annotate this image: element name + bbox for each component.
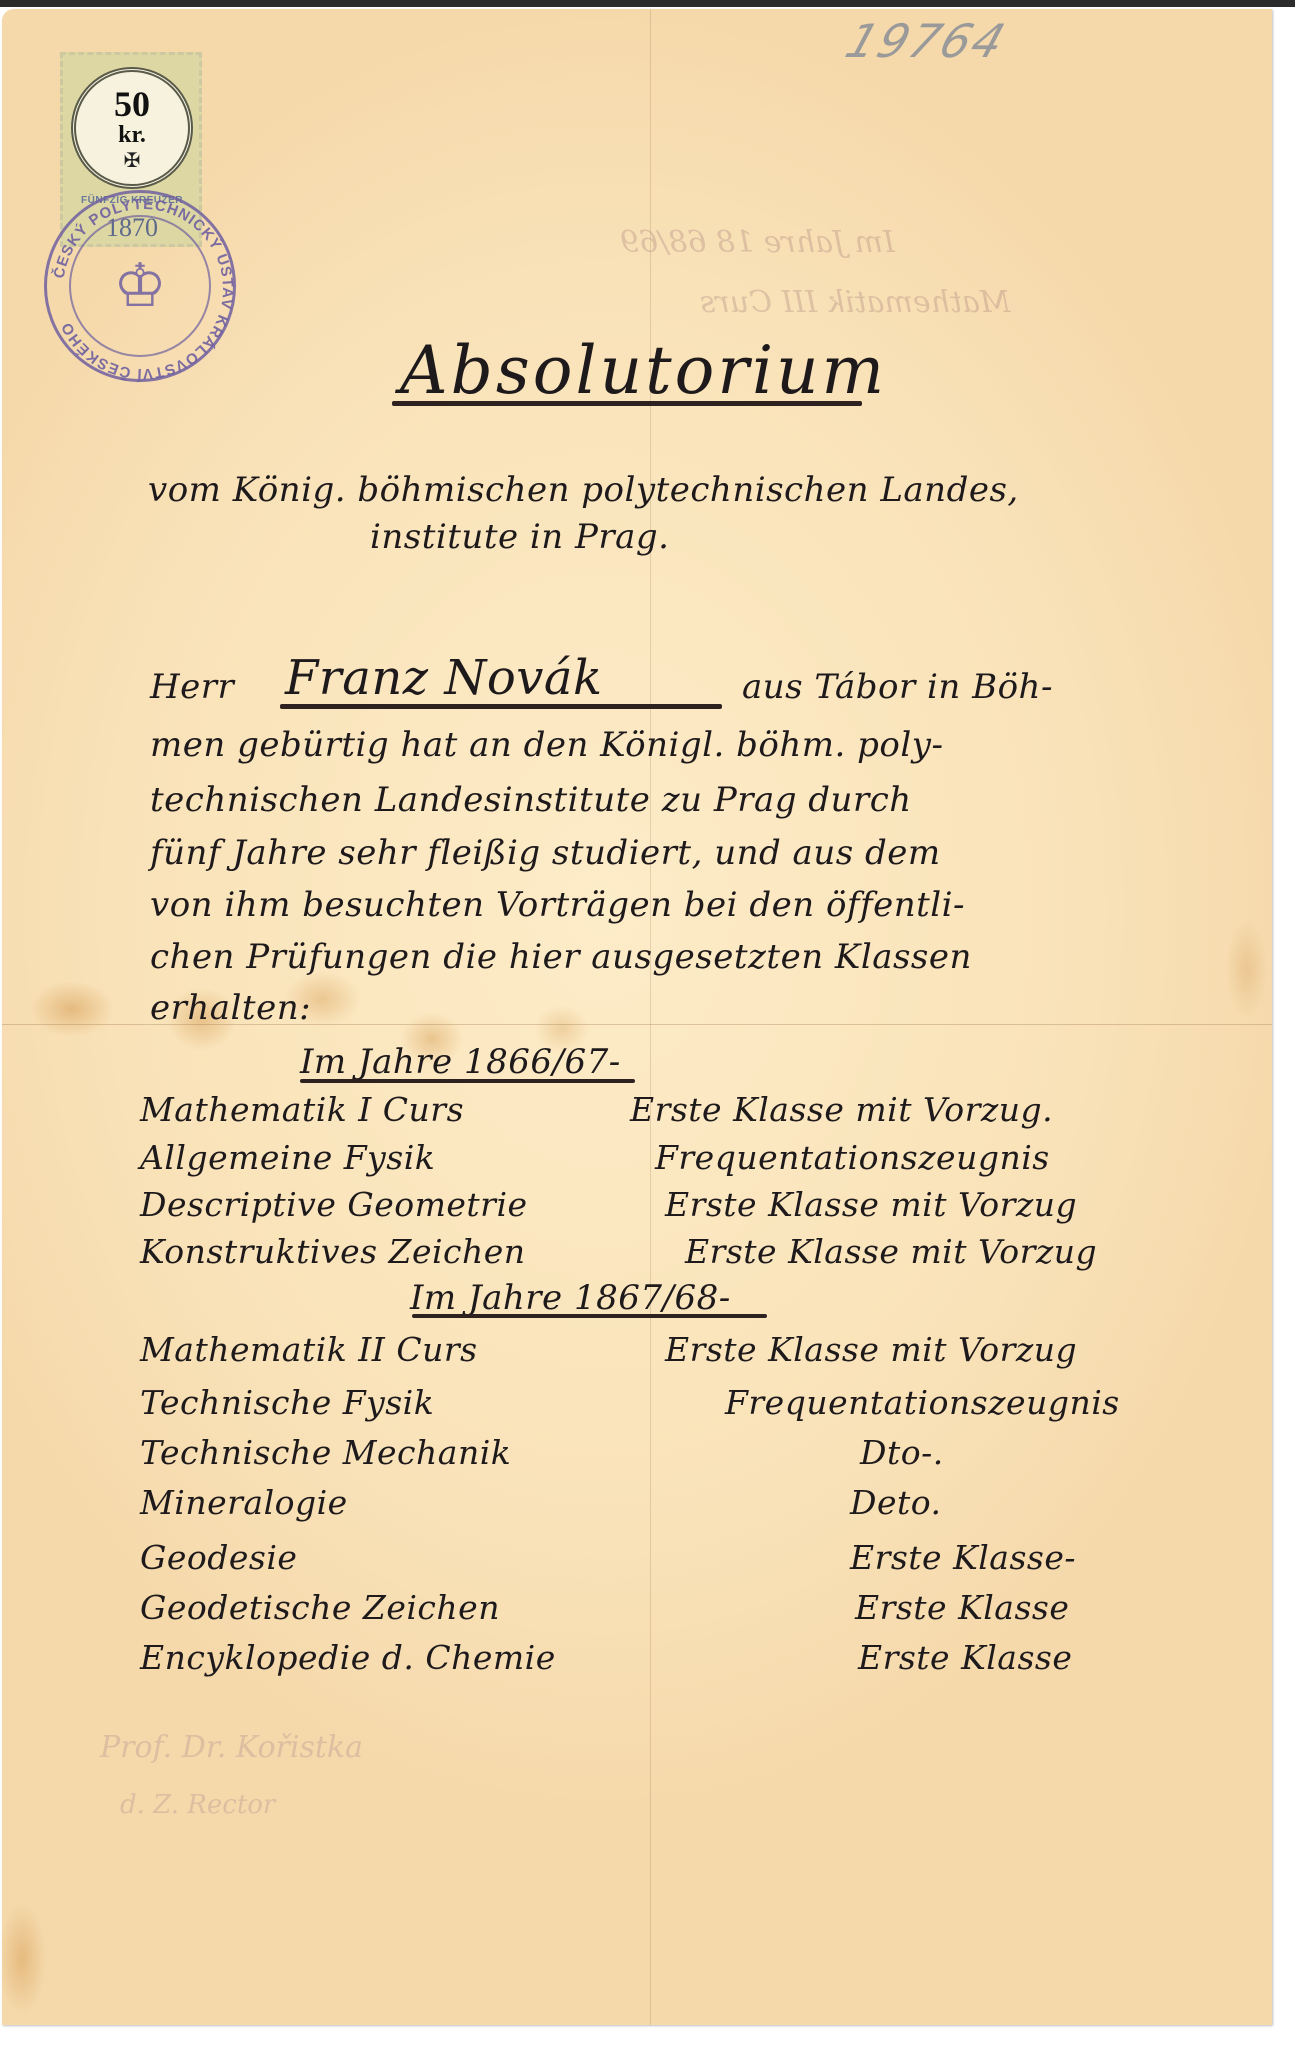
document-title: Absolutorium <box>400 332 887 409</box>
grade: Dto-. <box>860 1433 944 1472</box>
bleed-through-signature-title: d. Z. Rector <box>120 1790 275 1820</box>
bleed-through-text: Im Jahre 18 68/69 <box>620 225 895 260</box>
year-heading-1866-67: Im Jahre 1866/67- <box>300 1042 621 1082</box>
body-line-0-rest: aus Tábor in Böh- <box>742 667 1053 707</box>
name-underline <box>280 704 722 709</box>
year-heading-underline <box>412 1314 767 1318</box>
lion-crest-icon: ♔ <box>113 256 167 316</box>
subject: Mineralogie <box>140 1483 348 1522</box>
grade: Erste Klasse mit Vorzug <box>665 1185 1077 1224</box>
subject: Mathematik I Curs <box>140 1090 464 1129</box>
grade: Erste Klasse mit Vorzug <box>665 1330 1077 1369</box>
body-line: men gebürtig hat an den Königl. böhm. po… <box>150 725 943 765</box>
grade: Erste Klasse mit Vorzug <box>685 1232 1097 1271</box>
body-line: erhalten: <box>150 988 311 1028</box>
bleed-through-signature: Prof. Dr. Kořistka <box>100 1730 363 1765</box>
body-line: von ihm besuchten Vorträgen bei den öffe… <box>150 885 965 925</box>
stamp-unit: kr. <box>118 122 146 148</box>
grade: Erste Klasse- <box>850 1538 1076 1577</box>
institute-seal: ČESKÝ POLYTECHNICKÝ ÚSTAV KRÁLOVSTVÍ ČES… <box>44 190 236 382</box>
archive-number: 19764 <box>839 14 1013 68</box>
subject: Descriptive Geometrie <box>140 1185 528 1224</box>
body-line: chen Prüfungen die hier ausgesetzten Kla… <box>150 937 972 977</box>
subtitle-line-2: institute in Prag. <box>370 517 669 557</box>
subject: Technische Fysik <box>140 1383 434 1422</box>
subject: Geodetische Zeichen <box>140 1588 500 1627</box>
subject: Konstruktives Zeichen <box>140 1232 526 1271</box>
scan-top-border <box>0 0 1295 7</box>
subject: Mathematik II Curs <box>140 1330 478 1369</box>
seal-inner-ring: ♔ <box>69 215 211 357</box>
grade: Frequentationszeugnis <box>655 1138 1050 1177</box>
grade: Deto. <box>850 1483 942 1522</box>
subject: Technische Mechanik <box>140 1433 511 1472</box>
grade: Erste Klasse <box>855 1588 1069 1627</box>
subject: Geodesie <box>140 1538 297 1577</box>
vertical-fold <box>650 9 651 2025</box>
year-heading-underline <box>300 1079 635 1083</box>
grade: Erste Klasse mit Vorzug. <box>630 1090 1053 1129</box>
grade: Erste Klasse <box>858 1638 1072 1677</box>
grade: Frequentationszeugnis <box>725 1383 1120 1422</box>
graduate-name: Franz Novák <box>285 650 603 706</box>
salutation: Herr <box>150 667 234 707</box>
subtitle-line-1: vom König. böhmischen polytechnischen La… <box>148 470 1019 510</box>
double-headed-eagle-icon: ✠ <box>124 150 141 170</box>
stamp-medallion: 50 kr. ✠ <box>71 67 193 189</box>
title-underline <box>392 401 862 406</box>
body-line: technischen Landesinstitute zu Prag durc… <box>150 780 912 820</box>
subject: Allgemeine Fysik <box>140 1138 435 1177</box>
stamp-value: 50 <box>114 86 150 122</box>
subject: Encyklopedie d. Chemie <box>140 1638 556 1677</box>
body-line: fünf Jahre sehr fleißig studiert, und au… <box>150 833 941 873</box>
year-heading-1867-68: Im Jahre 1867/68- <box>410 1278 731 1318</box>
bleed-through-text: Mathematik III Curs <box>700 285 1011 320</box>
